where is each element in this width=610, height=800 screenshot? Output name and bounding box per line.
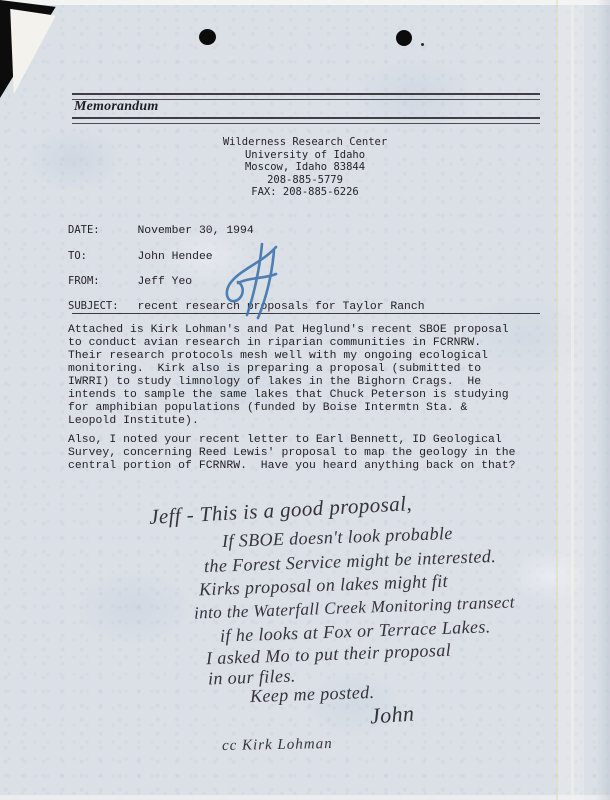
body-line: intends to sample the same lakes that Ch… — [68, 389, 528, 402]
field-label-subject: SUBJECT: — [68, 300, 133, 312]
scan-edge-bottom — [0, 795, 610, 800]
handwritten-note-line: Keep me posted. — [250, 682, 375, 707]
body-line: Their research protocols mesh well with … — [68, 350, 528, 363]
letterhead-block: Wilderness Research Center University of… — [0, 136, 610, 199]
paper-crease-line — [571, 0, 574, 800]
paper-crease-band — [556, 0, 584, 800]
header-rule-bottom — [72, 117, 540, 124]
subject-rule — [72, 313, 540, 314]
hole-punch-dot — [199, 29, 216, 45]
field-row-date: DATE: November 30, 1994 — [68, 220, 538, 238]
hole-punch-dot — [396, 30, 412, 46]
body-line: monitoring. Kirk also is preparing a pro… — [68, 363, 528, 376]
body-line: IWRRI) to study limnology of lakes in th… — [68, 376, 528, 389]
jeff-yeo-initials-signature — [212, 241, 292, 321]
field-value-to: John Hendee — [137, 251, 212, 263]
body-line: to conduct avian research in riparian co… — [68, 337, 528, 350]
field-label-date: DATE: — [68, 224, 133, 236]
field-value-date: November 30, 1994 — [137, 225, 253, 237]
body-line: Attached is Kirk Lohman's and Pat Heglun… — [68, 324, 528, 337]
field-value-from: Jeff Yeo — [137, 276, 192, 288]
body-paragraph-1: Attached is Kirk Lohman's and Pat Heglun… — [68, 324, 528, 428]
field-row-from: FROM: Jeff Yeo — [68, 271, 538, 289]
body-line: Also, I noted your recent letter to Earl… — [68, 434, 528, 447]
memo-title: Memorandum — [74, 99, 158, 115]
body-line: Survey, concerning Reed Lewis' proposal … — [68, 447, 528, 460]
body-paragraph-2: Also, I noted your recent letter to Earl… — [68, 434, 528, 473]
letterhead-university: University of Idaho — [0, 149, 610, 162]
letterhead-fax: FAX: 208-885-6226 — [0, 186, 610, 199]
paper-crease-line — [556, 0, 558, 800]
field-label-to: TO: — [68, 250, 133, 262]
scan-edge-right — [596, 0, 610, 800]
body-line: for amphibian populations (funded by Boi… — [68, 402, 528, 415]
ink-speck — [421, 43, 424, 46]
field-row-to: TO: John Hendee — [68, 246, 538, 264]
john-signature: John — [369, 700, 415, 729]
cc-note: cc Kirk Lohman — [222, 736, 333, 755]
scan-edge-top — [0, 0, 610, 5]
body-line: central portion of FCRNRW. Have you hear… — [68, 460, 528, 473]
letterhead-phone: 208-885-5779 — [0, 174, 610, 187]
body-line: Leopold Institute). — [68, 415, 528, 428]
scanned-memo-page: Memorandum Wilderness Research Center Un… — [0, 0, 610, 800]
letterhead-address: Moscow, Idaho 83844 — [0, 161, 610, 174]
letterhead-org: Wilderness Research Center — [0, 136, 610, 149]
field-row-subject: SUBJECT: recent research proposals for T… — [68, 296, 538, 314]
handwritten-note-line: Jeff - This is a good proposal, — [149, 491, 413, 530]
field-label-from: FROM: — [68, 275, 133, 287]
